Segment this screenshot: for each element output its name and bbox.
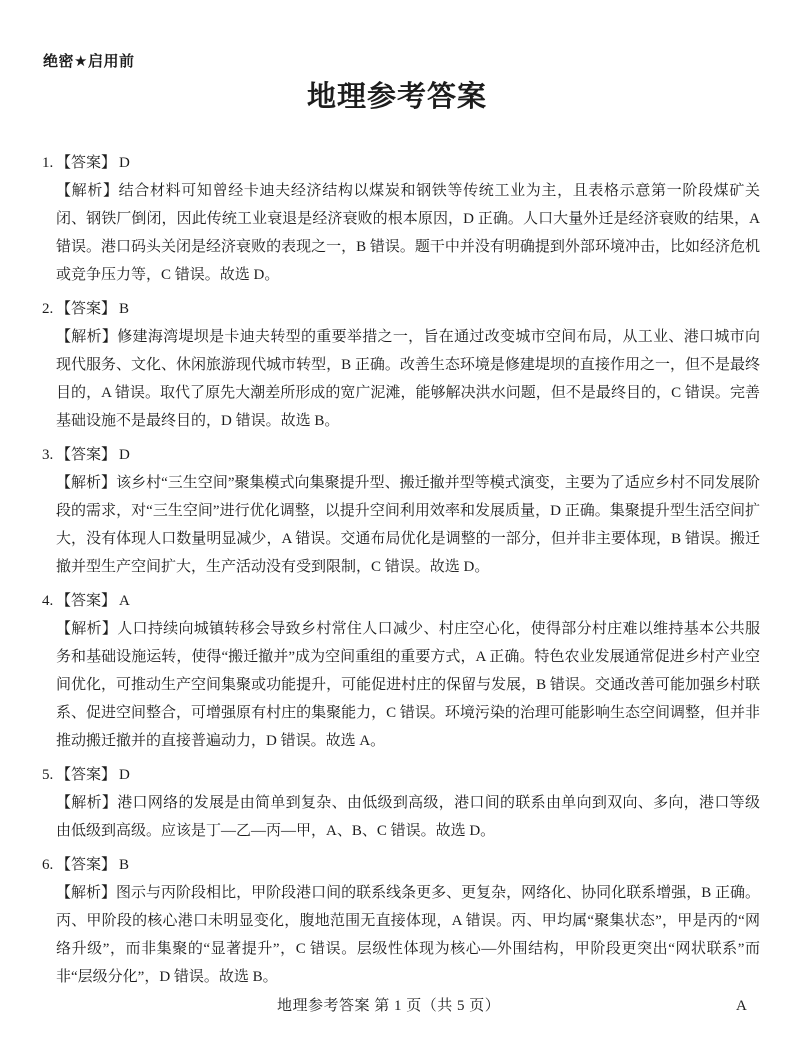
answers-list: 1.【答案】D 【解析】结合材料可知曾经卡迪夫经济结构以煤炭和钢铁等传统工业为主… xyxy=(42,149,760,997)
page-footer: 地理参考答案 第 1 页（共 5 页） A xyxy=(0,994,794,1018)
analysis-text: 人口持续向城镇转移会导致乡村常住人口减少、村庄空心化，使得部分村庄难以维持基本公… xyxy=(56,621,760,749)
answer-value: D xyxy=(119,447,130,463)
answer-value: D xyxy=(119,155,130,171)
analysis-paragraph: 【解析】该乡村“三生空间”聚集模式向集聚提升型、搬迁撤并型等模式演变，主要为了适… xyxy=(56,469,760,581)
page-title: 地理参考答案 xyxy=(0,74,794,115)
analysis-label: 【解析】 xyxy=(56,621,117,637)
answer-value: A xyxy=(119,593,130,609)
analysis-label: 【解析】 xyxy=(56,183,119,199)
classification-banner: 绝密★启用前 xyxy=(43,50,134,71)
analysis-label: 【解析】 xyxy=(56,885,116,901)
answer-value: B xyxy=(119,301,129,317)
question-number: 5. xyxy=(42,761,53,789)
question-number: 2. xyxy=(42,295,53,323)
analysis-paragraph: 【解析】结合材料可知曾经卡迪夫经济结构以煤炭和钢铁等传统工业为主，且表格示意第一… xyxy=(56,177,760,289)
answer-line: 5.【答案】D xyxy=(56,761,760,789)
analysis-paragraph: 【解析】修建海湾堤坝是卡迪夫转型的重要举措之一，旨在通过改变城市空间布局，从工业… xyxy=(56,323,760,435)
footer-version-letter: A xyxy=(736,994,747,1018)
question-item: 2.【答案】B 【解析】修建海湾堤坝是卡迪夫转型的重要举措之一，旨在通过改变城市… xyxy=(42,295,760,435)
answer-value: D xyxy=(119,767,130,783)
analysis-paragraph: 【解析】人口持续向城镇转移会导致乡村常住人口减少、村庄空心化，使得部分村庄难以维… xyxy=(56,615,760,755)
answer-label: 【答案】 xyxy=(56,155,116,171)
answer-label: 【答案】 xyxy=(56,857,116,873)
document-page: 绝密★启用前 地理参考答案 1.【答案】D 【解析】结合材料可知曾经卡迪夫经济结… xyxy=(0,0,794,1059)
analysis-text: 该乡村“三生空间”聚集模式向集聚提升型、搬迁撤并型等模式演变，主要为了适应乡村不… xyxy=(56,475,760,575)
question-item: 4.【答案】A 【解析】人口持续向城镇转移会导致乡村常住人口减少、村庄空心化，使… xyxy=(42,587,760,755)
analysis-label: 【解析】 xyxy=(56,475,116,491)
question-number: 4. xyxy=(42,587,53,615)
answer-line: 1.【答案】D xyxy=(56,149,760,177)
analysis-paragraph: 【解析】图示与丙阶段相比，甲阶段港口间的联系线条更多、更复杂，网络化、协同化联系… xyxy=(56,879,760,991)
analysis-text: 图示与丙阶段相比，甲阶段港口间的联系线条更多、更复杂，网络化、协同化联系增强，B… xyxy=(56,885,760,985)
question-item: 3.【答案】D 【解析】该乡村“三生空间”聚集模式向集聚提升型、搬迁撤并型等模式… xyxy=(42,441,760,581)
question-item: 6.【答案】B 【解析】图示与丙阶段相比，甲阶段港口间的联系线条更多、更复杂，网… xyxy=(42,851,760,991)
answer-label: 【答案】 xyxy=(56,447,116,463)
answer-line: 4.【答案】A xyxy=(56,587,760,615)
question-number: 1. xyxy=(42,149,53,177)
answer-line: 2.【答案】B xyxy=(56,295,760,323)
answer-line: 6.【答案】B xyxy=(56,851,760,879)
answer-line: 3.【答案】D xyxy=(56,441,760,469)
analysis-label: 【解析】 xyxy=(56,795,117,811)
answer-label: 【答案】 xyxy=(56,767,116,783)
analysis-label: 【解析】 xyxy=(56,329,117,345)
question-number: 6. xyxy=(42,851,53,879)
answer-value: B xyxy=(119,857,129,873)
question-item: 5.【答案】D 【解析】港口网络的发展是由简单到复杂、由低级到高级，港口间的联系… xyxy=(42,761,760,845)
answer-label: 【答案】 xyxy=(56,593,116,609)
footer-page-label: 地理参考答案 第 1 页（共 5 页） xyxy=(277,994,500,1018)
question-item: 1.【答案】D 【解析】结合材料可知曾经卡迪夫经济结构以煤炭和钢铁等传统工业为主… xyxy=(42,149,760,289)
answer-label: 【答案】 xyxy=(56,301,116,317)
question-number: 3. xyxy=(42,441,53,469)
analysis-text: 港口网络的发展是由简单到复杂、由低级到高级，港口间的联系由单向到双向、多向，港口… xyxy=(56,795,760,839)
analysis-text: 修建海湾堤坝是卡迪夫转型的重要举措之一，旨在通过改变城市空间布局，从工业、港口城… xyxy=(56,329,760,429)
analysis-paragraph: 【解析】港口网络的发展是由简单到复杂、由低级到高级，港口间的联系由单向到双向、多… xyxy=(56,789,760,845)
analysis-text: 结合材料可知曾经卡迪夫经济结构以煤炭和钢铁等传统工业为主，且表格示意第一阶段煤矿… xyxy=(56,183,760,283)
